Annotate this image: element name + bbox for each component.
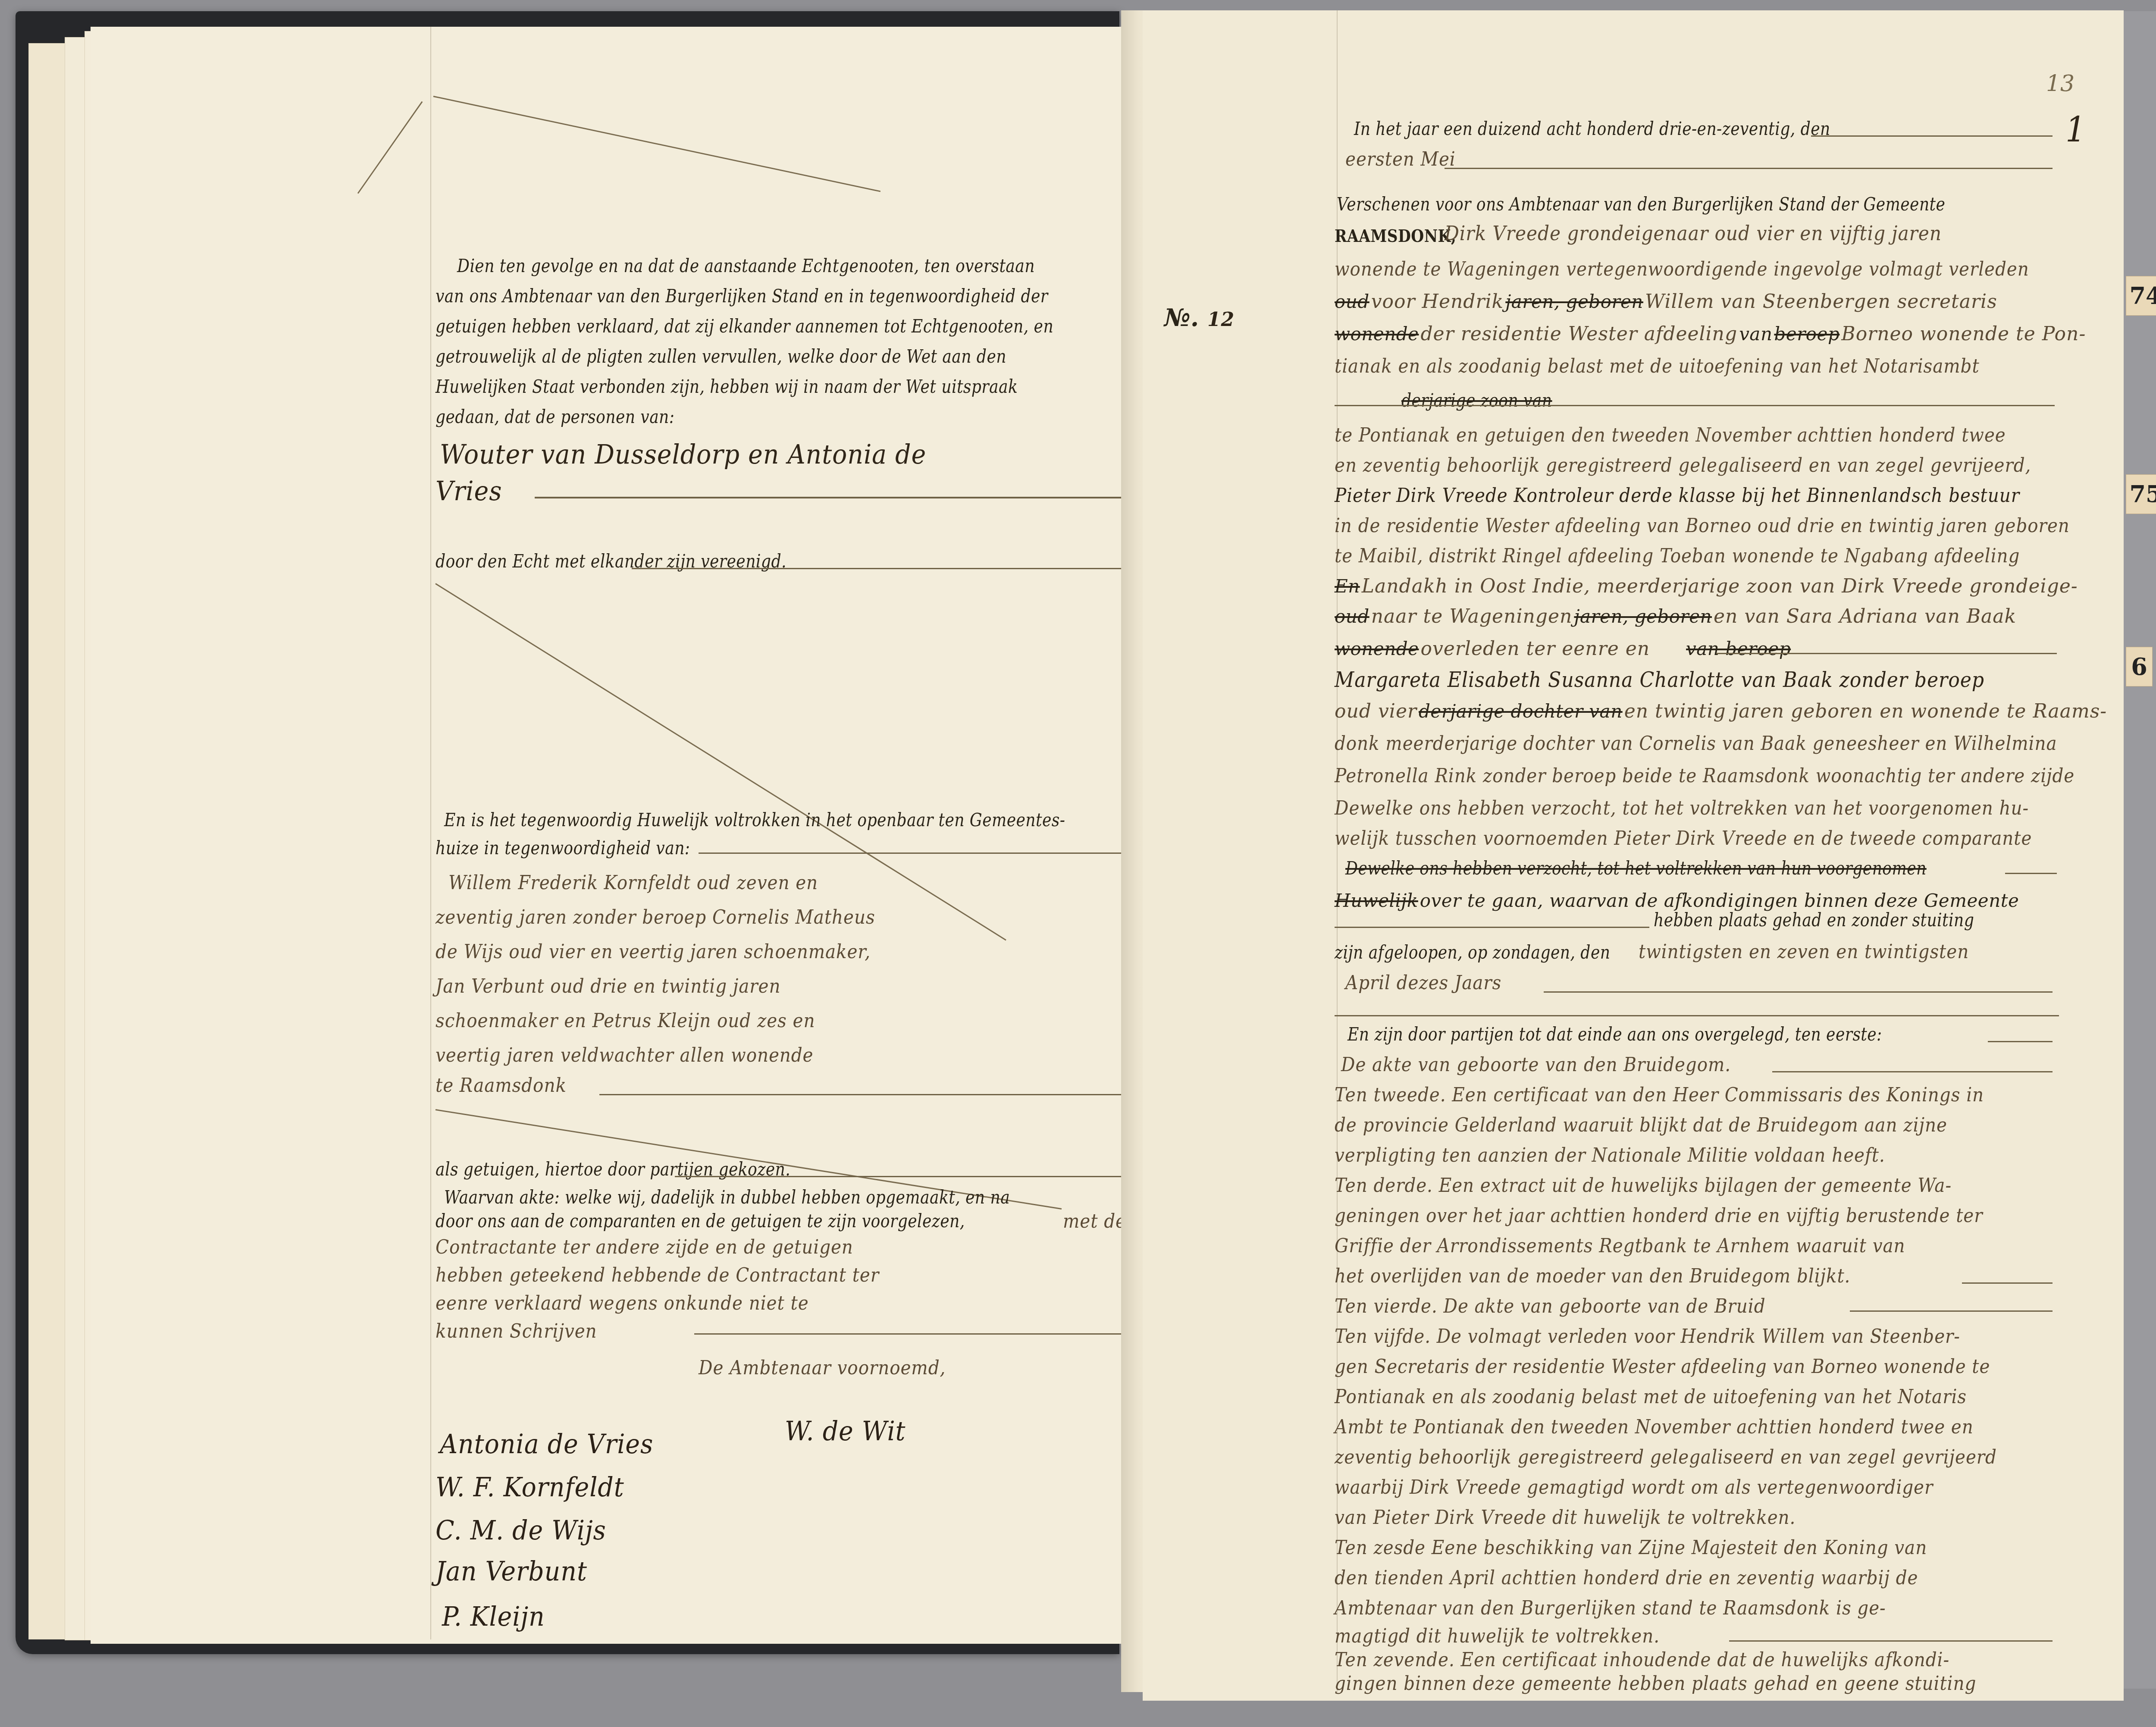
fill-line — [1335, 927, 1649, 928]
doc-line-15: waarbij Dirk Vreede gemagtigd wordt om a… — [1335, 1476, 1933, 1498]
signature-witness-1: W. F. Kornfeldt — [436, 1471, 624, 1503]
rp-line-7: te Pontianak en getuigen den tweeden Nov… — [1335, 424, 2006, 446]
doc-line-13: Ambt te Pontianak den tweeden November a… — [1335, 1416, 1974, 1438]
witness-line-5: schoenmaker en Petrus Kleijn oud zes en — [436, 1010, 815, 1032]
struck-print-1: Dewelke ons hebben verzocht, tot het vol… — [1345, 858, 1927, 879]
rp-line-9: Pieter Dirk Vreede Kontroleur derde klas… — [1335, 485, 2020, 507]
signature-official: W. de Wit — [785, 1415, 906, 1447]
cancel-stroke — [433, 96, 881, 192]
fill-line — [694, 1333, 1138, 1335]
afkondigingen-line: Huwelijk over te gaan, waarvan de afkond… — [1335, 890, 2111, 911]
sundays-handwritten: twintigsten en zeven en twintigsten — [1639, 941, 1969, 963]
doc-line-2: Ten tweede. Een certificaat van den Heer… — [1335, 1084, 1984, 1106]
doc-line-20: magtigd dit huwelijk te voltrekken. — [1335, 1625, 1660, 1647]
intro-line-2: van ons Ambtenaar van den Burgerlijken S… — [436, 285, 1048, 307]
rp-line-16: oud vier derjarige dochter van en twinti… — [1335, 700, 2111, 722]
fill-line — [1850, 1310, 2053, 1312]
rp-line-18: Petronella Rink zonder beroep beide te R… — [1335, 765, 2075, 787]
intro-line-1: Dien ten gevolge en na dat de aanstaande… — [457, 255, 1035, 276]
rp-line-2: wonende te Wageningen vertegenwoordigend… — [1335, 258, 2029, 280]
plaats-print: hebben plaats gehad en zonder stuiting — [1654, 909, 1974, 931]
rp-line-6: derjarige zoon van — [1401, 390, 1552, 411]
fill-line — [1772, 1071, 2053, 1072]
witness-line-6: veertig jaren veldwachter allen wonende — [436, 1044, 814, 1066]
closing-line-2: hebben geteekend hebbende de Contractant… — [436, 1264, 879, 1286]
intro-line-6: gedaan, dat de personen van: — [436, 406, 674, 427]
doc-line-17: Ten zesde Eene beschikking van Zijne Maj… — [1335, 1537, 1927, 1559]
witness-line-4: Jan Verbunt oud drie en twintig jaren — [436, 975, 781, 997]
waarvan-line-2: door ons aan de comparanten en de getuig… — [436, 1210, 965, 1232]
intro-line-4: getrouwelijk al de pligten zullen vervul… — [436, 346, 1006, 367]
doc-line-10: Ten vijfde. De volmagt verleden voor Hen… — [1335, 1326, 1960, 1348]
fill-line — [599, 1094, 1138, 1095]
index-tab-75[interactable]: 75 — [2126, 474, 2156, 514]
doc-line-22: gingen binnen deze gemeente hebben plaat… — [1335, 1673, 1976, 1695]
rp-line-12: En Landakh in Oost Indie, meerderjarige … — [1335, 575, 2111, 597]
doc-line-18: den tienden April achttien honderd drie … — [1335, 1567, 1918, 1589]
fill-line — [1716, 653, 2057, 654]
index-tab-6[interactable]: 6 — [2126, 647, 2153, 686]
closing-line-1: Contractante ter andere zijde en de getu… — [436, 1236, 853, 1258]
doc-line-1: De akte van geboorte van den Bruidegom. — [1341, 1054, 1731, 1076]
doc-line-12: Pontianak en als zoodanig belast met de … — [1335, 1386, 1967, 1408]
rp-line-8: en zeventig behoorlijk geregistreerd gel… — [1335, 454, 2031, 476]
fill-line — [1962, 1282, 2053, 1284]
cancel-stroke — [357, 101, 423, 194]
fill-line — [675, 1176, 1138, 1177]
doc-line-8: het overlijden van de moeder van den Bru… — [1335, 1265, 1850, 1287]
groom-rep-line: Dirk Vreede grondeigenaar oud vier en vi… — [1445, 222, 1942, 245]
doc-line-21: Ten zevende. Een certificaat inhoudende … — [1335, 1649, 1949, 1671]
fill-line — [1335, 1015, 2059, 1016]
doc-line-5: Ten derde. Een extract uit de huwelijks … — [1335, 1175, 1952, 1197]
rp-line-20: welijk tusschen voornoemden Pieter Dirk … — [1335, 827, 2032, 849]
act-number-label: №. 12 — [1164, 304, 1235, 332]
fill-line — [2005, 873, 2057, 874]
closing-line-3: eenre verklaard wegens onkunde niet te — [436, 1292, 809, 1314]
doc-line-19: Ambtenaar van den Burgerlijken stand te … — [1335, 1597, 1886, 1619]
witness-line-2: zeventig jaren zonder beroep Cornelis Ma… — [436, 906, 875, 928]
doc-line-7: Griffie der Arrondissements Regtbank te … — [1335, 1235, 1905, 1257]
right-page: 13 1 №. 12 In het jaar een duizend acht … — [1143, 10, 2124, 1701]
voltrokken-line-1: En is het tegenwoordig Huwelijk voltrokk… — [444, 809, 1065, 831]
waarvan-line-1: Waarvan akte: welke wij, dadelijk in dub… — [444, 1187, 1010, 1208]
signature-bride: Antonia de Vries — [440, 1428, 653, 1460]
doc-line-3: de provincie Gelderland waaruit blijkt d… — [1335, 1114, 1947, 1136]
signature-witness-4: P. Kleijn — [442, 1601, 545, 1632]
witness-line-7: te Raamsdonk — [436, 1075, 567, 1097]
date-handwritten: eersten Mei — [1345, 148, 1456, 170]
verschenen-print: Verschenen voor ons Ambtenaar van den Bu… — [1337, 194, 1945, 215]
doc-line-6: geningen over het jaar achttien honderd … — [1335, 1205, 1983, 1227]
doc-line-14: zeventig behoorlijk geregistreerd gelega… — [1335, 1446, 1997, 1468]
index-tab-74[interactable]: 74 — [2126, 276, 2156, 316]
spouses-line-1: Wouter van Dusseldorp en Antonia de — [440, 439, 926, 470]
fill-line — [1811, 135, 2053, 137]
bride-line: Margareta Elisabeth Susanna Charlotte va… — [1335, 668, 1984, 692]
fill-line — [632, 568, 1143, 569]
month-handwritten: April dezes Jaars — [1345, 972, 1501, 994]
intro-print: In het jaar een duizend acht honderd dri… — [1354, 118, 1830, 139]
voltrokken-line-2: huize in tegenwoordigheid van: — [436, 837, 690, 859]
rp-line-4: wonende der residentie Wester afdeeling … — [1335, 323, 2111, 345]
fill-line — [699, 853, 1138, 854]
rp-line-19: Dewelke ons hebben verzocht, tot het vol… — [1335, 797, 2029, 819]
rp-line-13: oud naar te Wageningen jaren, geboren en… — [1335, 605, 2111, 627]
rp-line-10: in de residentie Wester afdeeling van Bo… — [1335, 515, 2070, 537]
rp-line-14: wonende overleden ter eenre en van beroe… — [1335, 638, 2111, 660]
official-note: De Ambtenaar voornoemd, — [699, 1357, 946, 1379]
rp-line-17: donk meerderjarige dochter van Cornelis … — [1335, 733, 2057, 755]
afgeloopen-print: zijn afgeloopen, op zondagen, den — [1335, 942, 1610, 963]
rp-line-5: tianak en als zoodanig belast met de uit… — [1335, 355, 1980, 377]
waarvan-tail: met de — [1063, 1210, 1126, 1232]
intro-line-3: getuigen hebben verklaard, dat zij elkan… — [436, 316, 1053, 337]
fill-line — [1335, 405, 2055, 406]
witness-line-3: de Wijs oud vier en veertig jaren schoen… — [436, 941, 871, 963]
page-number: 13 — [2046, 71, 2075, 97]
rp-line-3: oud voor Hendrik jaren, geboren Willem v… — [1335, 291, 2111, 313]
fill-line — [535, 497, 1143, 498]
signature-witness-2: C. M. de Wijs — [436, 1514, 606, 1546]
margin-rule — [430, 27, 431, 1639]
municipality: RAAMSDONK, — [1335, 226, 1456, 246]
doc-line-4: verpligting ten aanzien der Nationale Mi… — [1335, 1144, 1885, 1166]
doc-line-11: gen Secretaris der residentie Wester afd… — [1335, 1356, 1990, 1378]
margin-mark: 1 — [2065, 110, 2086, 150]
fill-line — [1729, 1640, 2053, 1642]
act-number: 12 — [1207, 309, 1235, 331]
witness-line-1: Willem Frederik Kornfeldt oud zeven en — [448, 872, 818, 894]
doc-line-16: van Pieter Dirk Vreede dit huwelijk te v… — [1335, 1507, 1796, 1529]
left-page: Dien ten gevolge en na dat de aanstaande… — [91, 27, 1143, 1644]
signature-witness-3: Jan Verbunt — [436, 1555, 587, 1587]
fill-line — [1988, 1041, 2053, 1042]
fill-line — [1544, 991, 2053, 993]
doc-line-9: Ten vierde. De akte van geboorte van de … — [1335, 1295, 1766, 1317]
fill-line — [1445, 168, 2053, 169]
closing-line-4: kunnen Schrijven — [436, 1320, 597, 1342]
rp-line-11: te Maibil, distrikt Ringel afdeeling Toe… — [1335, 545, 2020, 567]
intro-line-5: Huwelijken Staat verbonden zijn, hebben … — [436, 376, 1018, 397]
spouses-line-2: Vries — [436, 475, 502, 507]
documents-print: En zijn door partijen tot dat einde aan … — [1347, 1024, 1882, 1045]
